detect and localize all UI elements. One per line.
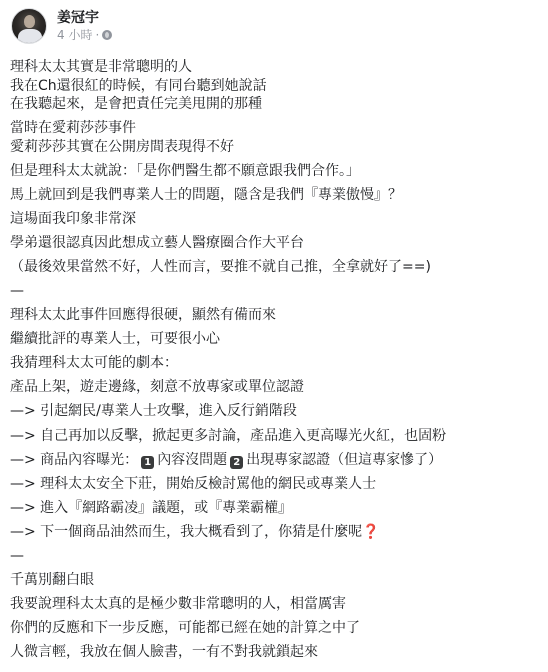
text-line: 但是理科太太就說：「是你們醫生都不願意跟我們合作。」 [10, 162, 538, 181]
paragraph: 理科太太其實是非常聰明的人 我在Ch還很紅的時候，有同台聽到她說話 在我聽起來，… [10, 58, 538, 114]
text-line: 在我聽起來，是會把責任完美甩開的那種 [10, 95, 538, 114]
text-line: 理科太太此事件回應得很硬，顯然有備而來 [10, 306, 538, 325]
text-line: — [10, 282, 538, 301]
text-item: 出現專家認證（但這專家慘了） [246, 452, 442, 468]
paragraph: 繼續批評的專業人士，可要很小心 [10, 330, 538, 349]
text-line: 產品上架，遊走邊緣，刻意不放專家或單位認證 [10, 378, 538, 397]
text-line: 我要說理科太太真的是極少數非常聰明的人，相當厲害 [10, 595, 538, 614]
text-line: —> 下一個商品油然而生，我大概看到了，你猜是什麼呢 [10, 524, 362, 540]
divider-dash: — [10, 547, 538, 566]
timestamp[interactable]: 4 小時 [57, 27, 92, 43]
paragraph: 產品上架，遊走邊緣，刻意不放專家或單位認證 [10, 378, 538, 397]
post-body: 理科太太其實是非常聰明的人 我在Ch還很紅的時候，有同台聽到她說話 在我聽起來，… [10, 58, 538, 667]
text-line: —> 引起網民/專業人士攻擊，進入反行銷階段 [10, 402, 538, 421]
text-line: 繼續批評的專業人士，可要很小心 [10, 330, 538, 349]
paragraph: 理科太太此事件回應得很硬，顯然有備而來 [10, 306, 538, 325]
question-mark-icon: ❓ [362, 524, 379, 540]
text-line: 當時在愛莉莎莎事件 [10, 119, 538, 138]
paragraph: —> 自己再加以反擊，掀起更多討論，產品進入更高曝光火紅，也固粉 [10, 427, 538, 446]
paragraph-question: —> 下一個商品油然而生，我大概看到了，你猜是什麼呢❓ [10, 523, 538, 542]
text-line: （最後效果當然不好，人性而言，要推不就自己推，全拿就好了==) [10, 258, 538, 277]
author-name[interactable]: 姜冠宇 [57, 9, 112, 27]
keycap-2-icon: 2 [230, 456, 243, 469]
text-line: 你們的反應和下一步反應，可能都已經在她的計算之中了 [10, 619, 538, 638]
paragraph: （最後效果當然不好，人性而言，要推不就自己推，全拿就好了==) [10, 258, 538, 277]
text-line: —> 自己再加以反擊，掀起更多討論，產品進入更高曝光火紅，也固粉 [10, 427, 538, 446]
facebook-post: 姜冠宇 4 小時 · 理科太太其實是非常聰明的人 我在Ch還很紅的時候，有同台聽… [0, 0, 548, 672]
text-line: 我猜理科太太可能的劇本： [10, 354, 538, 373]
post-subline: 4 小時 · [57, 27, 112, 43]
paragraph: 你們的反應和下一步反應，可能都已經在她的計算之中了 [10, 619, 538, 638]
paragraph: 但是理科太太就說：「是你們醫生都不願意跟我們合作。」 [10, 162, 538, 181]
text-line: —> 理科太太安全下莊，開始反檢討罵他的網民或專業人士 [10, 475, 538, 494]
text-line: —> 進入『網路霸凌』議題，或『專業霸權』 [10, 499, 538, 518]
text-item: 內容沒問題 [157, 452, 227, 468]
post-header: 姜冠宇 4 小時 · [11, 5, 112, 47]
separator: · [95, 27, 99, 43]
paragraph: —> 進入『網路霸凌』議題，或『專業霸權』 [10, 499, 538, 518]
paragraph: 這場面我印象非常深 [10, 210, 538, 229]
post-meta: 姜冠宇 4 小時 · [57, 9, 112, 43]
keycap-1-icon: 1 [141, 456, 154, 469]
text-line: 我在Ch還很紅的時候，有同台聽到她說話 [10, 77, 538, 96]
paragraph: —> 理科太太安全下莊，開始反檢討罵他的網民或專業人士 [10, 475, 538, 494]
paragraph: 千萬別翻白眼 [10, 571, 538, 590]
divider-dash: — [10, 282, 538, 301]
text-line: 人微言輕，我放在個人臉書，一有不對我就鎖起來 [10, 643, 538, 662]
text-line: 這場面我印象非常深 [10, 210, 538, 229]
text-line: 學弟還很認真因此想成立藝人醫療圈合作大平台 [10, 234, 538, 253]
paragraph: 當時在愛莉莎莎事件 愛莉莎莎其實在公開房間表現得不好 [10, 119, 538, 156]
text-line: — [10, 547, 538, 566]
paragraph: 我猜理科太太可能的劇本： [10, 354, 538, 373]
text-line: 馬上就回到是我們專業人士的問題，隱含是我們『專業傲慢』？ [10, 186, 538, 205]
paragraph: 人微言輕，我放在個人臉書，一有不對我就鎖起來 [10, 643, 538, 662]
text-prefix: —> 商品內容曝光： [10, 452, 138, 468]
paragraph-exposure: —> 商品內容曝光：1內容沒問題2出現專家認證（但這專家慘了） [10, 451, 538, 470]
paragraph: 學弟還很認真因此想成立藝人醫療圈合作大平台 [10, 234, 538, 253]
paragraph: 馬上就回到是我們專業人士的問題，隱含是我們『專業傲慢』？ [10, 186, 538, 205]
globe-icon[interactable] [102, 30, 112, 40]
text-line: 愛莉莎莎其實在公開房間表現得不好 [10, 138, 538, 157]
avatar[interactable] [11, 8, 47, 44]
paragraph: —> 引起網民/專業人士攻擊，進入反行銷階段 [10, 402, 538, 421]
text-line: 千萬別翻白眼 [10, 571, 538, 590]
text-line: 理科太太其實是非常聰明的人 [10, 58, 538, 77]
paragraph: 我要說理科太太真的是極少數非常聰明的人，相當厲害 [10, 595, 538, 614]
